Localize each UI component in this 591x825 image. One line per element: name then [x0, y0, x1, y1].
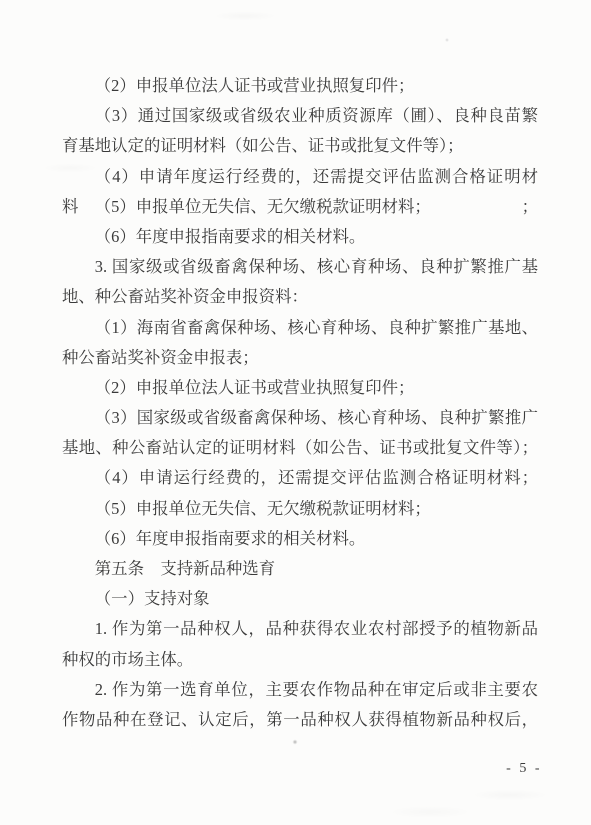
scanned-document-page: （2）申报单位法人证书或营业执照复印件；（3）通过国家级或省级农业种质资源库（圃… — [0, 0, 591, 825]
document-line: 第五条 支持新品种选育 — [62, 554, 538, 584]
document-line: （3）国家级或省级畜禽保种场、核心育种场、良种扩繁推广 — [62, 403, 538, 433]
document-line: （2）申报单位法人证书或营业执照复印件； — [62, 71, 538, 101]
document-line: 1. 作为第一品种权人，品种获得农业农村部授予的植物新品 — [62, 614, 538, 644]
document-line: （3）通过国家级或省级农业种质资源库（圃）、良种良苗繁 — [62, 101, 538, 131]
document-line: 种权的市场主体。 — [62, 645, 538, 675]
document-line: （1）海南省畜禽保种场、核心育种场、良种扩繁推广基地、 — [62, 313, 538, 343]
page-number: - 5 - — [506, 761, 542, 776]
document-body: （2）申报单位法人证书或营业执照复印件；（3）通过国家级或省级农业种质资源库（圃… — [62, 71, 538, 735]
document-line: （6）年度申报指南要求的相关材料。 — [62, 222, 538, 252]
document-line: 种公畜站奖补资金申报表； — [62, 343, 538, 373]
document-line: 基地、种公畜站认定的证明材料（如公告、证书或批复文件等）； — [62, 433, 538, 463]
document-line: （2）申报单位法人证书或营业执照复印件； — [62, 373, 538, 403]
document-line: 3. 国家级或省级畜禽保种场、核心育种场、良种扩繁推广基 — [62, 252, 538, 282]
document-line: 2. 作为第一选育单位，主要农作物品种在审定后或非主要农 — [62, 675, 538, 705]
document-line: （4）申请年度运行经费的，还需提交评估监测合格证明材料； — [62, 162, 538, 192]
document-line: （5）申报单位无失信、无欠缴税款证明材料； — [62, 494, 538, 524]
document-line: （6）年度申报指南要求的相关材料。 — [62, 524, 538, 554]
document-line: 地、种公畜站奖补资金申报资料： — [62, 282, 538, 312]
document-line: 育基地认定的证明材料（如公告、证书或批复文件等）； — [62, 131, 538, 161]
page-footer: - 5 - — [506, 761, 542, 777]
document-line: （一）支持对象 — [62, 584, 538, 614]
document-line: 作物品种在登记、认定后，第一品种权人获得植物新品种权后， — [62, 705, 538, 735]
document-line: （4）申请运行经费的，还需提交评估监测合格证明材料； — [62, 463, 538, 493]
